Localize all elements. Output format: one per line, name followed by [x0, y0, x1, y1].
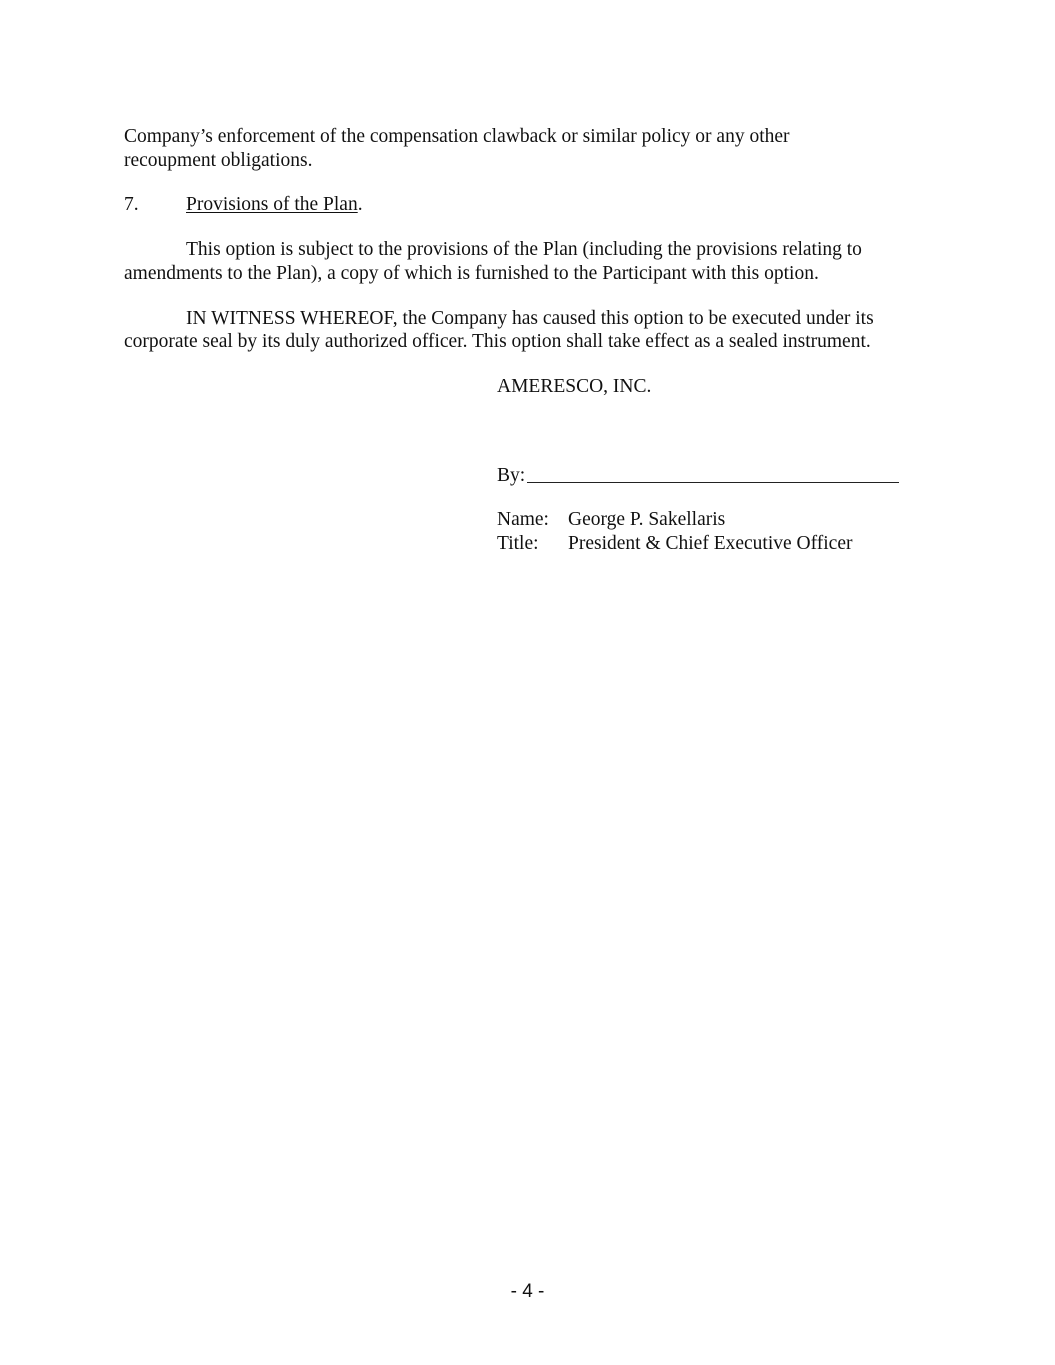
company-name: AMERESCO, INC.	[497, 375, 651, 399]
name-value: George P. Sakellaris	[568, 508, 725, 532]
section-7-heading-text: Provisions of the Plan	[186, 194, 358, 215]
title-value: President & Chief Executive Officer	[568, 532, 852, 556]
signature-line	[527, 482, 899, 483]
by-label: By:	[497, 464, 525, 488]
continuation-line-1: Company’s enforcement of the compensatio…	[124, 125, 790, 149]
continuation-line-2: recoupment obligations.	[124, 149, 312, 173]
witness-line-1: IN WITNESS WHEREOF, the Company has caus…	[186, 307, 874, 331]
section-7-number: 7.	[124, 193, 139, 217]
name-label: Name:	[497, 508, 549, 532]
witness-line-2: corporate seal by its duly authorized of…	[124, 330, 871, 354]
section-7-paragraph-line-2: amendments to the Plan), a copy of which…	[124, 262, 819, 286]
title-label: Title:	[497, 532, 539, 556]
section-7-paragraph-line-1: This option is subject to the provisions…	[186, 238, 862, 262]
section-7-heading: Provisions of the Plan.	[186, 193, 363, 217]
section-7-heading-period: .	[358, 194, 363, 215]
page-number: - 4 -	[0, 1280, 1055, 1304]
